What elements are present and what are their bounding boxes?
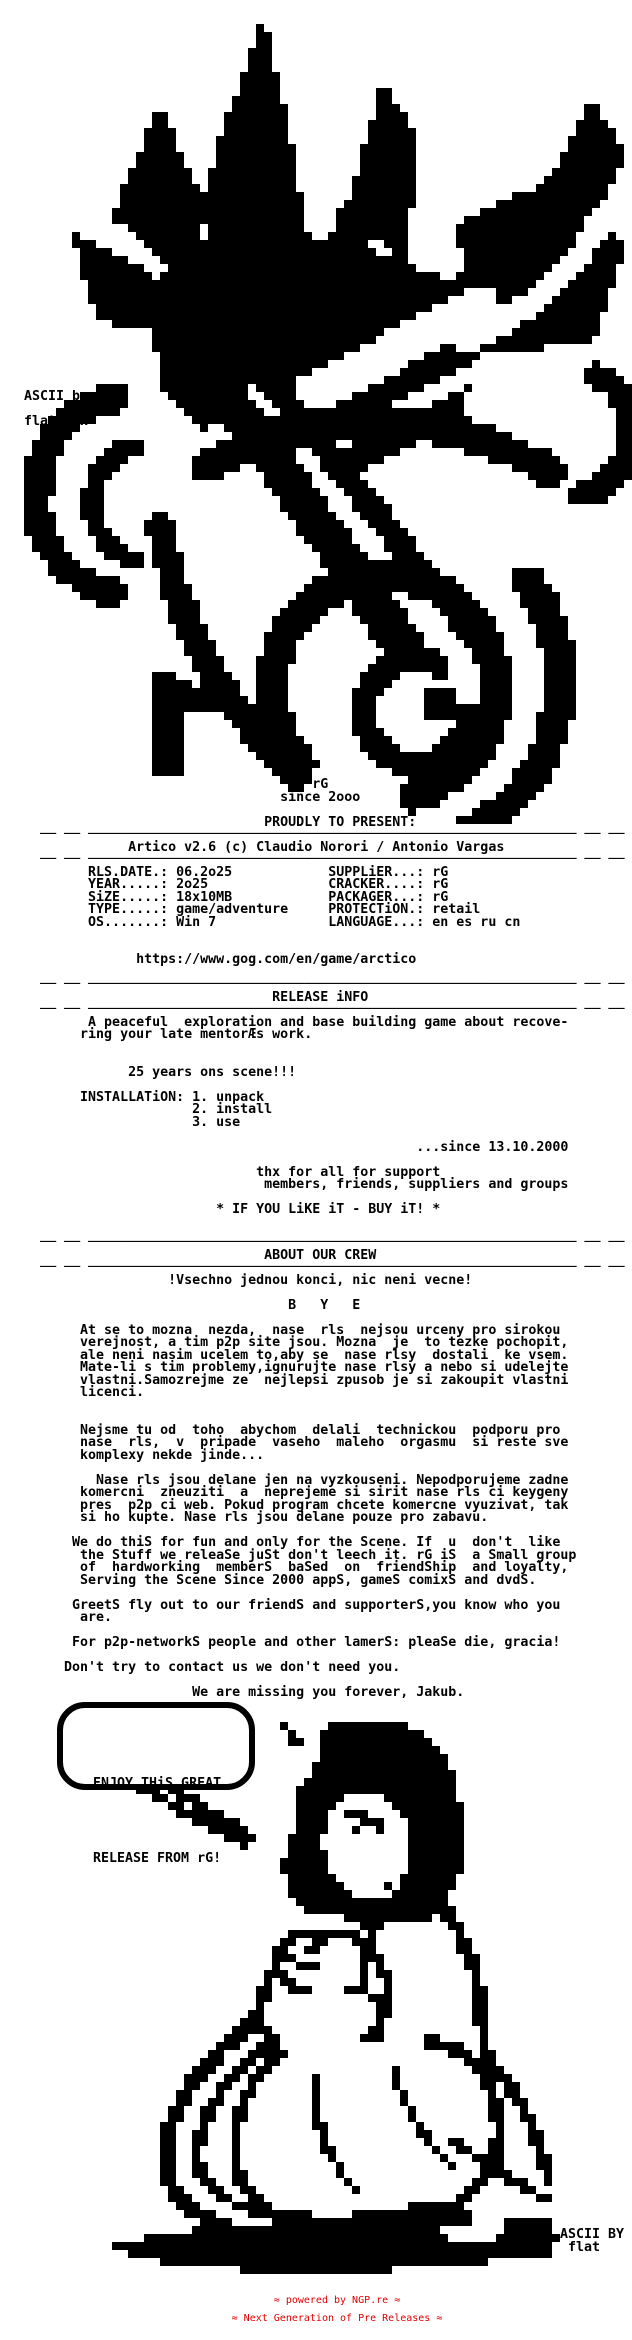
- speech-bubble-text: ENJOY THiS GREAT RELEASE FROM rG!: [93, 1721, 221, 1921]
- bubble-line1: ENJOY THiS GREAT: [93, 1771, 221, 1796]
- footer: ≈ powered by NGP.re ≈ ≈ Next Generation …: [0, 2292, 632, 2328]
- footer-powered-by: ≈ powered by NGP.re ≈: [0, 2292, 632, 2310]
- nfo-main-text: rG since 2ooo PROUDLY TO PRESENT: ── ── …: [24, 779, 624, 1217]
- footer-tagline: ≈ Next Generation of Pre Releases ≈: [0, 2310, 632, 2328]
- speech-bubble: ENJOY THiS GREAT RELEASE FROM rG!: [57, 1702, 255, 1790]
- bubble-line2: RELEASE FROM rG!: [93, 1846, 221, 1871]
- nfo-crew-text: ── ── ──────────────────────────────────…: [24, 1237, 624, 1700]
- nfo-document: ASCII by flat/sUx rG since 2ooo PROUDLY …: [0, 0, 632, 2340]
- rg-tribal-logo-art: [0, 0, 632, 824]
- ascii-credit-top: ASCII by flat/sUx: [24, 391, 88, 429]
- ascii-credit-bottom: ASCII BY flat: [560, 2229, 624, 2254]
